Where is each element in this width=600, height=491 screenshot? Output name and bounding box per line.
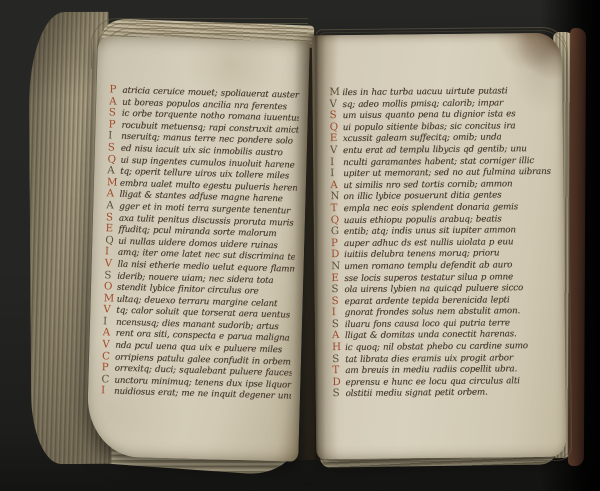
line-initial: P [109, 84, 118, 96]
line-initial: S [332, 388, 341, 400]
line-text: olstitii mediu signat petit orbem. [345, 388, 487, 399]
line-text: entib; atq; indis unus sit iupiter ammon [344, 225, 516, 237]
line-initial: A [330, 180, 339, 192]
line-initial: O [104, 281, 113, 293]
line-initial: A [109, 96, 118, 108]
line-text: eprensu e hunc ee locu qua circulus alti [345, 376, 519, 388]
line-initial: S [106, 212, 115, 224]
line-initial: V [103, 305, 112, 317]
line-initial: V [330, 145, 339, 157]
line-text: iles in hac turba uacuu uirtute putasti [342, 86, 507, 98]
right-page: Miles in hac turba uacuu uirtute putasti… [312, 33, 566, 460]
line-initial: A [106, 200, 115, 212]
line-initial: M [329, 87, 338, 99]
manuscript-line: Sola uirens lybien na quicqd puluere sic… [331, 282, 555, 296]
line-initial: Q [331, 215, 340, 227]
line-text: um uisus quanto pena tu dignior ista es [343, 109, 516, 121]
left-page-text: Patricia ceruice mouet; spoliauerat aust… [101, 84, 302, 402]
manuscript-line: Solstitii mediu signat petit orbem. [332, 386, 556, 400]
line-text: ola uirens lybien na quicqd puluere sicc… [344, 283, 523, 295]
manuscript-line: Hic quoq; nil obstat phebo cu cardine su… [332, 340, 556, 354]
line-initial: I [330, 168, 339, 180]
line-initial: M [104, 293, 113, 305]
line-initial: A [106, 189, 115, 201]
line-initial: Q [107, 154, 116, 166]
line-initial: D [331, 249, 340, 261]
line-text: entu erat ad templu libycis qd gentib; u… [343, 144, 527, 156]
line-initial: E [330, 133, 339, 145]
line-initial: S [108, 142, 117, 154]
line-initial: I [330, 157, 339, 169]
line-initial: D [332, 377, 341, 389]
line-initial: S [332, 354, 341, 366]
line-initial: I [101, 386, 110, 398]
left-page: Patricia ceruice mouet; spoliauerat aust… [86, 36, 310, 462]
line-initial: A [103, 328, 112, 340]
line-initial: N [331, 261, 340, 273]
line-text: upiter ut memorant; sed no aut fulmina u… [343, 167, 551, 179]
line-initial: T [331, 203, 340, 215]
manuscript-photo: Patricia ceruice mouet; spoliauerat aust… [0, 0, 600, 491]
line-initial: V [104, 258, 113, 270]
line-text: iuitiis delubra tenens moruq; prioru [344, 249, 499, 261]
line-initial: C [102, 351, 111, 363]
line-initial: H [332, 342, 341, 354]
line-initial: S [332, 296, 341, 308]
line-initial: A [107, 165, 116, 177]
line-initial: I [103, 316, 112, 328]
line-initial: V [329, 99, 338, 111]
line-initial: S [331, 284, 340, 296]
line-text: nuidiosus erat; me ne inquit degener unu… [114, 387, 291, 402]
line-initial: S [104, 270, 113, 282]
line-initial: S [330, 110, 339, 122]
line-initial: P [102, 362, 111, 374]
line-initial: E [105, 223, 114, 235]
line-text: umen romano templu defendit ab auro [344, 260, 512, 272]
line-initial: V [102, 339, 111, 351]
line-initial: I [108, 131, 117, 143]
manuscript-line: Iupiter ut memorant; sed no aut fulmina … [330, 166, 554, 180]
line-initial: N [330, 191, 339, 203]
line-initial: I [105, 247, 114, 259]
line-initial: G [331, 226, 340, 238]
line-text: ic quoq; nil obstat phebo cu cardine sum… [345, 341, 528, 353]
line-initial: E [331, 273, 340, 285]
line-initial: T [332, 365, 341, 377]
line-initial: M [107, 177, 116, 189]
line-initial: Q [330, 122, 339, 134]
line-initial: S [332, 319, 341, 331]
line-text: empla nec eois splendent donaria gemis [344, 202, 519, 214]
line-initial: S [109, 108, 118, 120]
line-initial: P [108, 119, 117, 131]
line-initial: I [332, 307, 341, 319]
line-initial: A [332, 331, 341, 343]
line-initial: C [101, 374, 110, 386]
line-initial: P [331, 238, 340, 250]
right-page-text: Miles in hac turba uacuu uirtute putasti… [329, 85, 558, 400]
line-initial: Q [105, 235, 114, 247]
